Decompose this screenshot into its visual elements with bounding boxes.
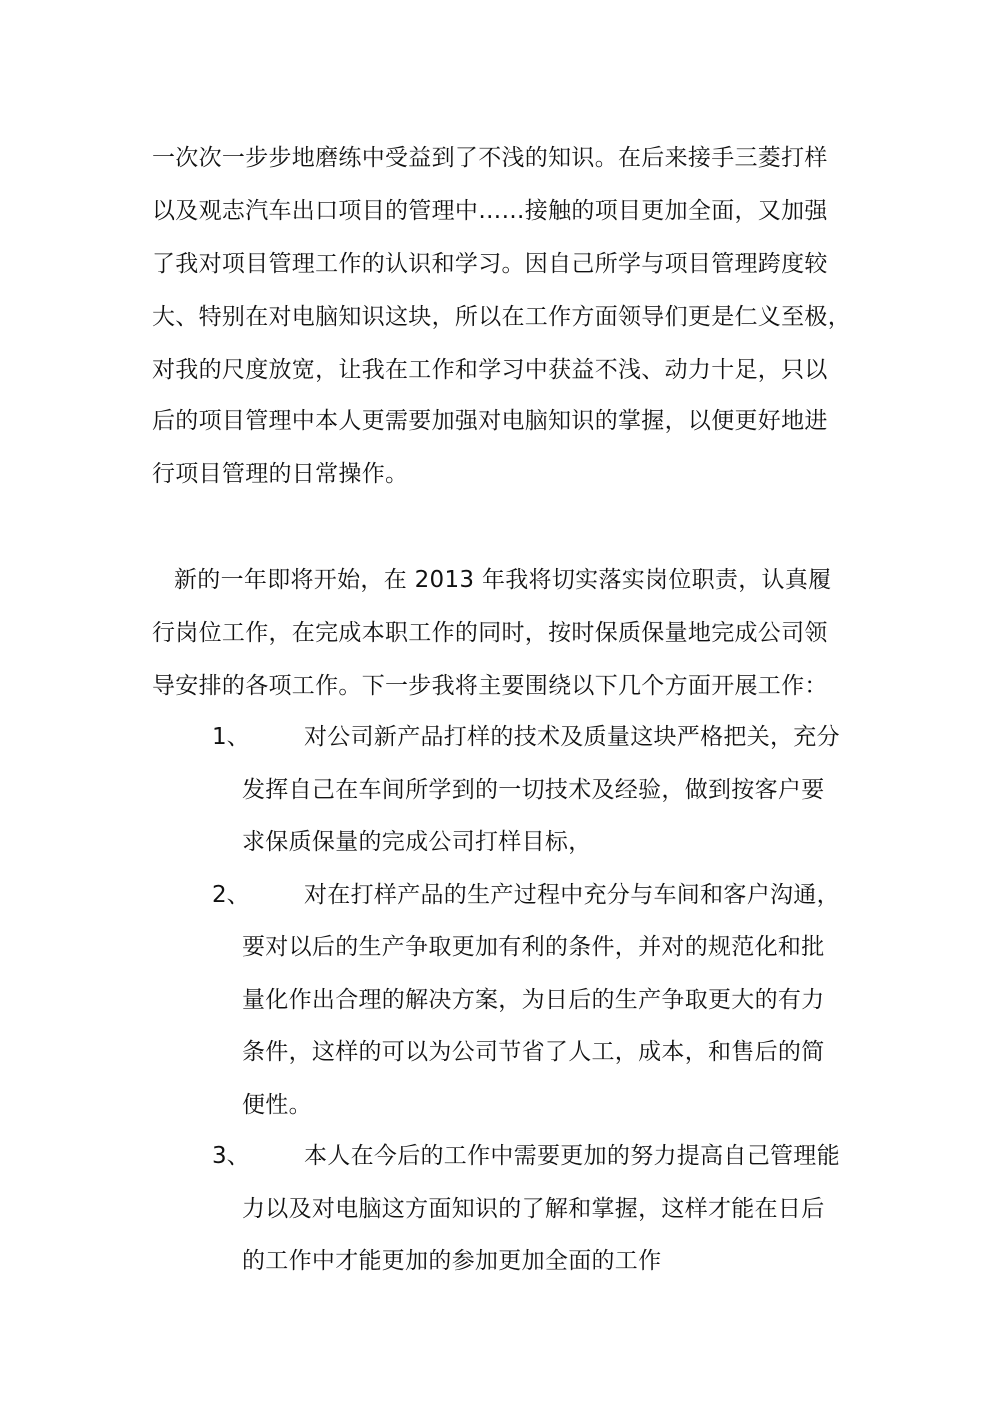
text-line: 一次次一步步地磨练中受益到了不浅的知识。在后来接手三菱打样 xyxy=(152,143,828,173)
text-line: 求保质保量的完成公司打样目标， xyxy=(242,827,592,857)
text-line: 本人在今后的工作中需要更加的努力提高自己管理能 xyxy=(304,1141,840,1171)
text-line: 要对以后的生产争取更加有利的条件，并对的规范化和批 xyxy=(242,932,825,962)
text-line: 导安排的各项工作。下一步我将主要围绕以下几个方面开展工作： xyxy=(152,671,828,701)
text-line: 力以及对电脑这方面知识的了解和掌握，这样才能在日后 xyxy=(242,1194,825,1224)
text-line: 的工作中才能更加的参加更加全面的工作 xyxy=(242,1246,661,1276)
text-line: 行项目管理的日常操作。 xyxy=(152,459,408,489)
text-line: 条件，这样的可以为公司节省了人工，成本，和售后的简 xyxy=(242,1037,825,1067)
text-line: 后的项目管理中本人更需要加强对电脑知识的掌握，以便更好地进 xyxy=(152,406,828,436)
list-number: 1、 xyxy=(212,722,250,752)
list-number: 2、 xyxy=(212,880,250,910)
text-line: 便性。 xyxy=(242,1090,312,1120)
list-number: 3、 xyxy=(212,1141,250,1171)
text-line: 量化作出合理的解决方案，为日后的生产争取更大的有力 xyxy=(242,985,825,1015)
text-line: 对公司新产品打样的技术及质量这块严格把关，充分 xyxy=(304,722,840,752)
text-line: 行岗位工作，在完成本职工作的同时，按时保质保量地完成公司领 xyxy=(152,618,828,648)
text-line: 了我对项目管理工作的认识和学习。因自己所学与项目管理跨度较 xyxy=(152,249,828,279)
text-line: 大、特别在对电脑知识这块，所以在工作方面领导们更是仁义至极， xyxy=(152,302,851,332)
document-page: 一次次一步步地磨练中受益到了不浅的知识。在后来接手三菱打样 以及观志汽车出口项目… xyxy=(0,0,1000,1415)
text-line: 新的一年即将开始，在 2013 年我将切实落实岗位职责，认真履 xyxy=(174,565,831,595)
text-line: 以及观志汽车出口项目的管理中……接触的项目更加全面，又加强 xyxy=(152,196,828,226)
text-line: 对我的尺度放宽，让我在工作和学习中获益不浅、动力十足，只以 xyxy=(152,355,828,385)
text-line: 对在打样产品的生产过程中充分与车间和客户沟通， xyxy=(304,880,840,910)
text-line: 发挥自己在车间所学到的一切技术及经验，做到按客户要 xyxy=(242,775,825,805)
